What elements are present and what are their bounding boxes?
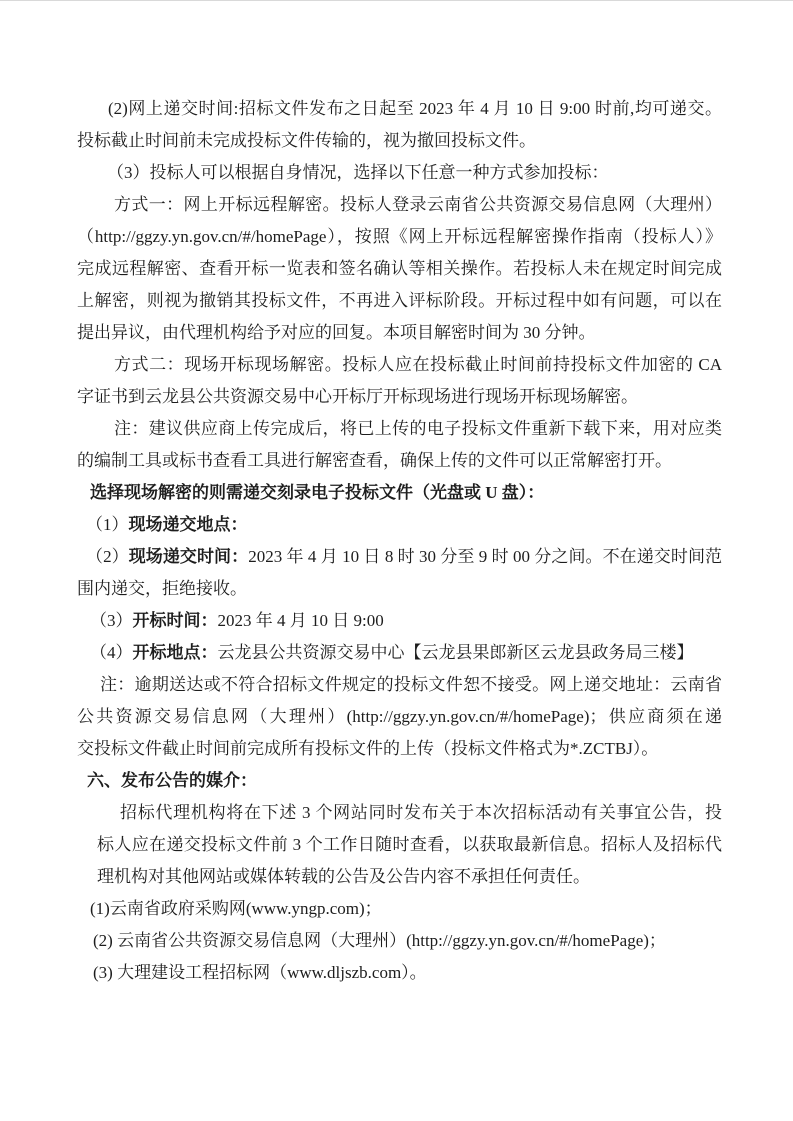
item-submit-place: （1）现场递交地点：云龙县公共资源交易中心【云龙县果郎新区云龙县政务局三楼】: [77, 509, 722, 541]
field-label-opening-place: 开标地点：: [133, 643, 218, 662]
line-media-site-yngp: (1)云南省政府采购网(www.yngp.com)；: [77, 893, 722, 925]
line-note-overdue: 注：逾期送达或不符合招标文件规定的投标文件恕不接受。网上递交地址：云南省: [77, 669, 722, 701]
line-method1-cont-2: 上解密，则视为撤销其投标文件，不再进入评标阶段。开标过程中如有问题，可以在线: [77, 285, 722, 317]
field-value-submit-time: 2023 年 4 月 10 日 8 时 30 分至 9 时 00 分之间。不在递…: [248, 547, 722, 566]
line-online-submission-cont: 投标截止时间前未完成投标文件传输的，视为撤回投标文件。: [77, 125, 722, 157]
line-method2-cont: 字证书到云龙县公共资源交易中心开标厅开标现场进行现场开标现场解密。: [77, 381, 722, 413]
item-number: （1）: [86, 515, 129, 534]
field-value-opening-time: 2023 年 4 月 10 日 9:00: [218, 611, 384, 630]
line-method1-url: （http://ggzy.yn.gov.cn/#/homePage），按照《网上…: [77, 221, 722, 253]
item-submit-time-cont: 围内递交，拒绝接收。: [77, 573, 722, 605]
line-participation-options: （3）投标人可以根据自身情况，选择以下任意一种方式参加投标：: [77, 157, 722, 189]
line-media-intro-cont-1: 标人应在递交投标文件前 3 个工作日随时查看，以获取最新信息。招标人及招标代: [77, 829, 722, 861]
line-media-intro-cont-2: 理机构对其他网站或媒体转载的公告及公告内容不承担任何责任。: [77, 861, 722, 893]
line-media-intro: 招标代理机构将在下述 3 个网站同时发布关于本次招标活动有关事宜公告，投: [77, 797, 722, 829]
line-method1-cont-3: 提出异议，由代理机构给予对应的回复。本项目解密时间为 30 分钟。: [77, 317, 722, 349]
field-label-submit-place: 现场递交地点：: [129, 515, 248, 534]
line-method1-cont-1: 完成远程解密、查看开标一览表和签名确认等相关操作。若投标人未在规定时间完成以: [77, 253, 722, 285]
field-label-submit-time: 现场递交时间：: [129, 547, 248, 566]
line-note-overdue-cont-1: 公共资源交易信息网（大理州）(http://ggzy.yn.gov.cn/#/h…: [77, 701, 722, 733]
item-opening-time: （3）开标时间：2023 年 4 月 10 日 9:00: [77, 605, 722, 637]
heading-offline-submission: 选择现场解密的则需递交刻录电子投标文件（光盘或 U 盘）：: [77, 477, 722, 509]
field-label-opening-time: 开标时间：: [133, 611, 218, 630]
heading-announcement-media: 六、发布公告的媒介：: [77, 765, 722, 797]
line-media-site-dljszb: (3) 大理建设工程招标网（www.dljszb.com）。: [77, 957, 722, 989]
item-number: （2）: [86, 547, 129, 566]
item-number: （3）: [90, 611, 133, 630]
line-note-overdue-cont-2: 交投标文件截止时间前完成所有投标文件的上传（投标文件格式为*.ZCTBJ）。: [77, 733, 722, 765]
line-method1-intro: 方式一：网上开标远程解密。投标人登录云南省公共资源交易信息网（大理州）: [77, 189, 722, 221]
item-number: （4）: [90, 643, 133, 662]
line-method2-intro: 方式二：现场开标现场解密。投标人应在投标截止时间前持投标文件加密的 CA 数: [77, 349, 722, 381]
line-media-site-ggzy: (2) 云南省公共资源交易信息网（大理州）(http://ggzy.yn.gov…: [77, 925, 722, 957]
line-note-upload-cont: 的编制工具或标书查看工具进行解密查看，确保上传的文件可以正常解密打开。: [77, 445, 722, 477]
field-value-opening-place: 云龙县公共资源交易中心【云龙县果郎新区云龙县政务局三楼】: [218, 643, 694, 662]
item-opening-place: （4）开标地点：云龙县公共资源交易中心【云龙县果郎新区云龙县政务局三楼】: [77, 637, 722, 669]
line-note-upload: 注：建议供应商上传完成后，将已上传的电子投标文件重新下载下来，用对应类型: [77, 413, 722, 445]
document-page: (2)网上递交时间:招标文件发布之日起至 2023 年 4 月 10 日 9:0…: [0, 0, 793, 1121]
line-online-submission-time: (2)网上递交时间:招标文件发布之日起至 2023 年 4 月 10 日 9:0…: [77, 93, 722, 125]
item-submit-time: （2）现场递交时间：2023 年 4 月 10 日 8 时 30 分至 9 时 …: [77, 541, 722, 573]
